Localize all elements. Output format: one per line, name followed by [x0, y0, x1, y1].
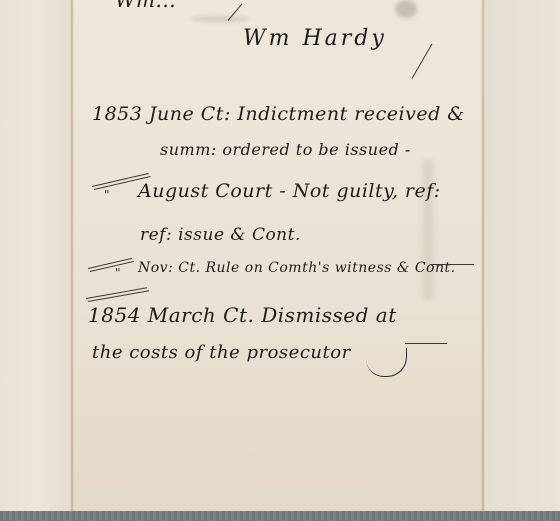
top-fragment-text: Wm...: [115, 0, 176, 12]
fold-crease-left: [70, 0, 74, 511]
document-photo: Wm... Wm Hardy 1853 June Ct: Indictment …: [0, 0, 560, 521]
table-surface: [0, 511, 560, 521]
paper-panel-right: [484, 0, 560, 511]
entry-august-line-1: August Court - Not guilty, ref:: [138, 180, 441, 202]
entry-august-line-2: ref: issue & Cont.: [140, 225, 301, 245]
ditto-mark: ": [115, 266, 121, 280]
paper-panel-left: [0, 0, 72, 511]
entry-1853-line-1: 1853 June Ct: Indictment received &: [92, 103, 465, 125]
closing-flourish: [405, 343, 447, 344]
entry-1853-line-2: summ: ordered to be issued -: [160, 140, 411, 159]
ditto-mark: ": [104, 188, 110, 202]
signature: Wm Hardy: [243, 26, 387, 51]
entry-1854-line-2: the costs of the prosecutor: [92, 342, 351, 363]
pen-stroke: [430, 264, 474, 265]
fold-crease-right: [481, 0, 485, 511]
ink-smudge: [190, 16, 250, 22]
entry-nov-line-1: Nov: Ct. Rule on Comth's witness & Cont.: [138, 260, 456, 276]
ink-smudge: [395, 0, 417, 18]
entry-1854-line-1: 1854 March Ct. Dismissed at: [88, 303, 397, 327]
